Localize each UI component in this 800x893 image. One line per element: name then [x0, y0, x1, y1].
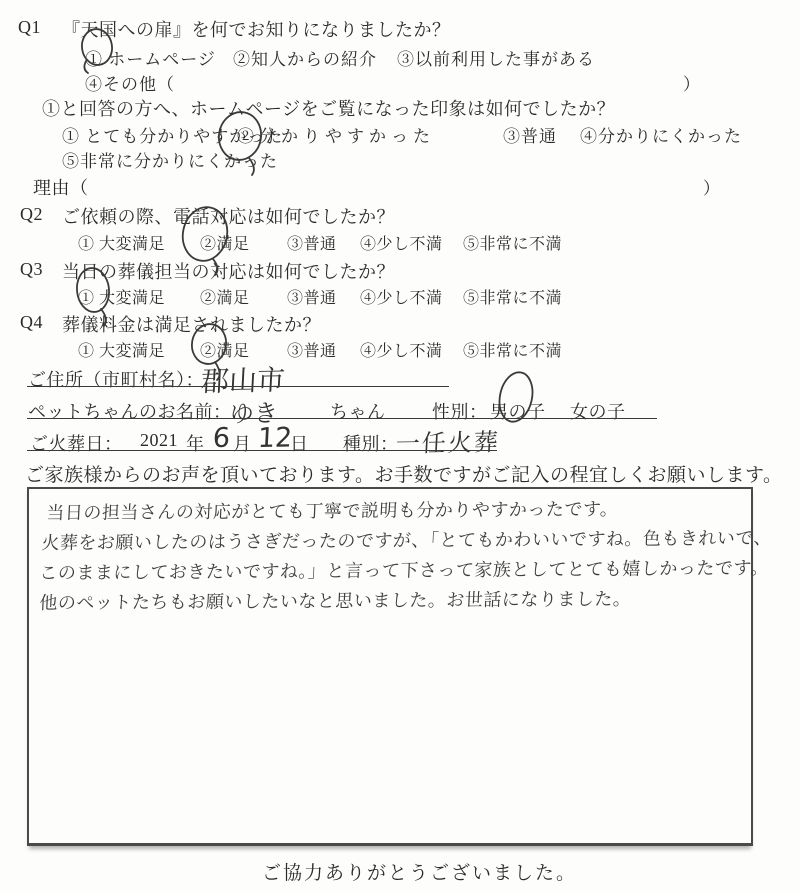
- q2-option-2: ②満足: [200, 231, 250, 254]
- type-label: 種別：: [343, 430, 399, 456]
- q3-option-3: ③普通: [287, 285, 337, 308]
- comment-line-1: 当日の担当さんの対応がとても丁寧で説明も分かりやすかったです。: [46, 495, 619, 525]
- reason-label: 理由（: [33, 174, 89, 200]
- q4-option-5: ⑤非常に不満: [463, 338, 562, 361]
- q1-option-3: ③以前利用した事がある: [397, 45, 595, 70]
- reason-close-paren: ）: [703, 174, 720, 199]
- cremation-year-value: 2021: [140, 430, 178, 451]
- comment-box: 当日の担当さんの対応がとても丁寧で説明も分かりやすかったです。 火葬をお願いした…: [27, 487, 753, 846]
- q1-option-4: ④その他（: [85, 70, 175, 95]
- q2-option-5: ⑤非常に不満: [463, 231, 562, 254]
- q1-option-1: ① ホームページ: [85, 45, 216, 70]
- q2-title: ご依頼の際、電話対応は如何でしたか？: [62, 203, 395, 229]
- q1-followup-option-4: ④分かりにくかった: [580, 122, 742, 147]
- address-label: ご住所（市町村名）：: [28, 366, 204, 392]
- q1-followup-option-3: ③普通: [503, 122, 557, 147]
- q4-option-3: ③普通: [287, 338, 337, 361]
- gender-label: 性別：: [432, 398, 488, 424]
- q3-option-1: ① 大変満足: [78, 285, 165, 308]
- thanks-message: ご協力ありがとうございました。: [262, 858, 577, 885]
- q2-option-1: ① 大変満足: [78, 231, 165, 254]
- pet-name-label: ペットちゃんのお名前：: [28, 398, 232, 424]
- comment-line-4: 他のペットたちもお願いしたいなと思いました。お世話になりました。: [39, 585, 632, 615]
- q4-title: 葬儀料金は満足されましたか？: [62, 311, 321, 337]
- year-suffix: 年: [186, 430, 205, 456]
- q3-option-5: ⑤非常に不満: [463, 285, 562, 308]
- q1-title: 『天国への扉』を何でお知りになりましたか？: [62, 16, 451, 42]
- q2-label: Q2: [20, 204, 43, 225]
- q3-label: Q3: [20, 259, 43, 280]
- q1-followup-title: ①と回答の方へ、ホームページをご覧になった印象は如何でしたか？: [42, 95, 615, 121]
- q1-followup-option-2: ②分かりやすかった: [237, 122, 435, 147]
- q3-option-2: ②満足: [200, 285, 250, 308]
- month-suffix: 月: [233, 430, 252, 456]
- comment-line-3: このままにしておきたいですね。」と言って下さって家族としてとても嬉しかったです。: [39, 554, 770, 585]
- q4-option-4: ④少し不満: [360, 338, 443, 361]
- comment-line-2: 火葬をお願いしたのはうさぎだったのですが、「とてもかわいいですね。色もきれいで、: [41, 524, 773, 555]
- gender-option-male: 男の子: [490, 398, 546, 424]
- gender-option-female: 女の子: [570, 398, 626, 424]
- q4-option-2: ②満足: [200, 338, 250, 361]
- q1-option-2: ②知人からの紹介: [233, 45, 377, 70]
- q3-title: 当日の葬儀担当の対応は如何でしたか？: [62, 258, 395, 284]
- q3-option-4: ④少し不満: [360, 285, 443, 308]
- q4-option-1: ① 大変満足: [78, 338, 165, 361]
- q1-option-4-close-paren: ）: [683, 70, 700, 95]
- survey-scan-page: Q1 『天国への扉』を何でお知りになりましたか？ ① ホームページ ②知人からの…: [0, 0, 800, 893]
- q1-followup-option-5: ⑤非常に分かりにくかった: [62, 147, 278, 172]
- comment-prompt: ご家族様からのお声を頂いております。お手数ですがご記入の程宜しくお願いします。: [25, 460, 782, 487]
- q2-option-3: ③普通: [287, 231, 337, 254]
- q1-label: Q1: [18, 17, 41, 38]
- q4-label: Q4: [20, 312, 43, 333]
- pet-name-suffix: ちゃん: [330, 398, 386, 424]
- type-value-handwritten: 一任火葬: [395, 422, 501, 459]
- cremation-date-label: ご火葬日：: [30, 430, 123, 456]
- pet-name-underline: [27, 418, 657, 419]
- day-suffix: 日: [290, 430, 309, 456]
- q2-option-4: ④少し不満: [360, 231, 443, 254]
- cremation-date-underline: [27, 450, 497, 451]
- address-underline: [27, 386, 449, 387]
